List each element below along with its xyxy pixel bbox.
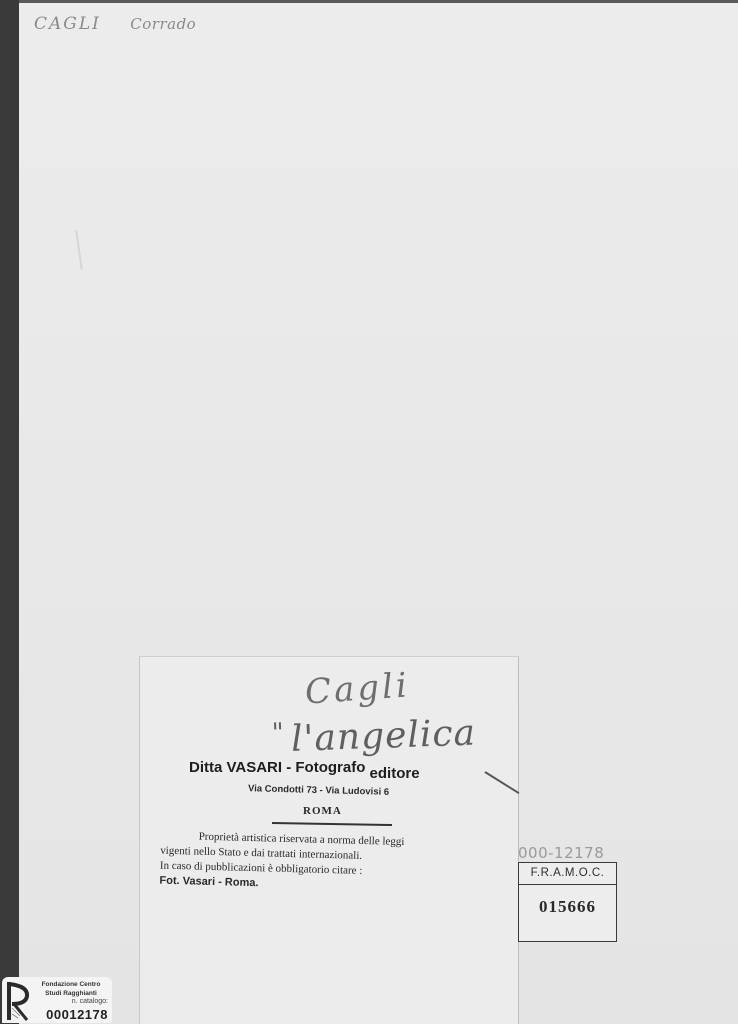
handwritten-catalog-number: 000-12178 — [518, 844, 604, 862]
firm-name-suffix: editore — [370, 765, 420, 782]
scan-dark-edge — [0, 0, 19, 1024]
raggianti-r-logo-icon — [6, 980, 30, 1022]
label-catalog-caption: n. catalogo: — [72, 998, 108, 1005]
stamp-number: 015666 — [519, 897, 616, 917]
framoc-stamp: F.R.A.M.O.C. 015666 — [518, 862, 617, 942]
catalog-label: Fondazione Centro Studi Ragghianti n. ca… — [2, 977, 112, 1023]
artwork-title-text: l'angelica — [290, 712, 476, 759]
handwritten-artwork-title: "l'angelica — [271, 711, 476, 760]
handwritten-artist-header: CAGLI Corrado — [34, 14, 196, 34]
label-org-line-2: Studi Ragghianti — [32, 989, 110, 998]
label-org-line-1: Fondazione Centro — [32, 980, 110, 989]
handwriting-tail-stroke — [484, 771, 519, 794]
firm-city: ROMA — [303, 805, 342, 817]
label-organization: Fondazione Centro Studi Ragghianti — [32, 980, 110, 998]
firm-name: Ditta VASARI - Fotografo editore — [189, 759, 420, 776]
handwritten-quote-mark: " — [271, 718, 285, 748]
label-catalog-number: 00012178 — [46, 1007, 108, 1022]
divider-rule — [272, 822, 392, 826]
handwritten-artist-name: Cagli — [304, 665, 411, 712]
photographer-card: Cagli "l'angelica Ditta VASARI - Fotogra… — [139, 656, 519, 1024]
rights-notice: Proprietà artistica riservata a norma de… — [159, 829, 495, 898]
artist-surname: CAGLI — [34, 14, 101, 34]
firm-name-main: Ditta VASARI - Fotografo — [189, 759, 365, 776]
artist-given-name: Corrado — [130, 15, 196, 33]
stamp-header: F.R.A.M.O.C. — [519, 863, 616, 885]
firm-address: Via Condotti 73 - Via Ludovisi 6 — [248, 783, 389, 798]
